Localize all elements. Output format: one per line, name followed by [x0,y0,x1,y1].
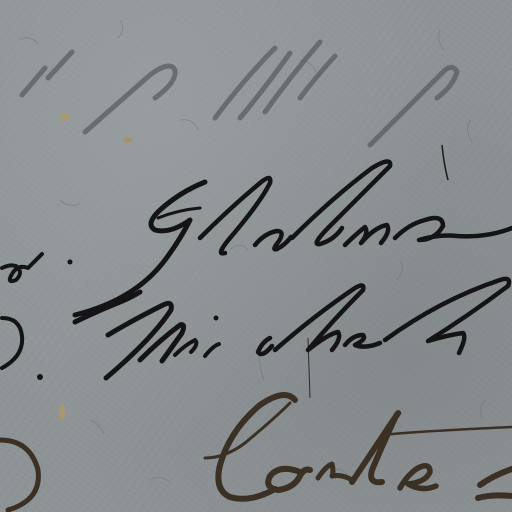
line-3-ink [0,395,512,510]
faded-text-line [22,42,457,145]
handwriting-strokes [0,0,512,512]
paper-speck [123,138,133,143]
paper-speck [60,115,70,120]
fiber-dark [442,145,448,180]
line-2-ink [2,279,509,380]
line-1-ink [2,161,512,315]
paper-speck [59,404,65,420]
manuscript-page: os. Glabna D. Michel Carlet [0,0,512,512]
